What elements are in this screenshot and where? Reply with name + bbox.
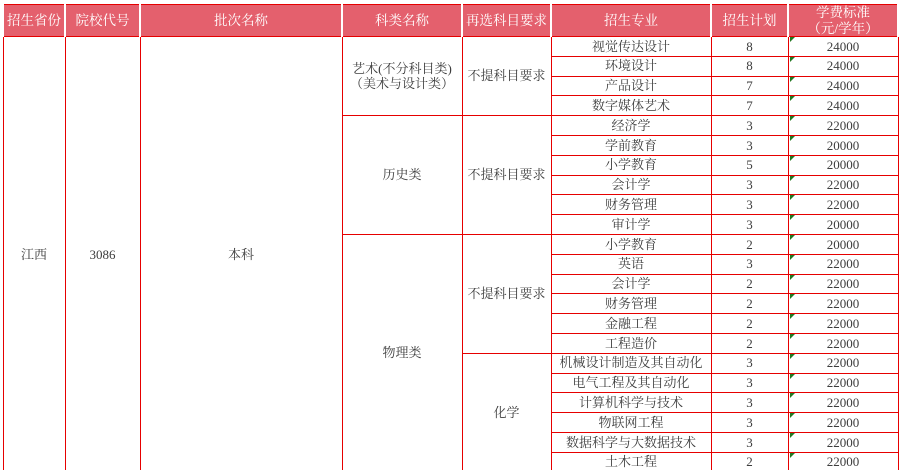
cell-requirement-art: 不提科目要求 <box>462 37 551 116</box>
cell-tuition: 24000 <box>788 96 898 116</box>
excel-flag-icon <box>790 334 795 339</box>
cell-category-physics: 物理类 <box>342 235 462 470</box>
tuition-value: 20000 <box>827 217 860 232</box>
tuition-value: 24000 <box>827 78 860 93</box>
tuition-value: 22000 <box>827 415 860 430</box>
cell-tuition: 22000 <box>788 294 898 314</box>
cell-plan: 8 <box>711 56 788 76</box>
tuition-value: 20000 <box>827 237 860 252</box>
cell-tuition: 20000 <box>788 235 898 255</box>
cell-plan: 2 <box>711 452 788 470</box>
excel-flag-icon <box>790 433 795 438</box>
cell-tuition: 22000 <box>788 353 898 373</box>
tuition-value: 22000 <box>827 435 860 450</box>
excel-flag-icon <box>790 374 795 379</box>
cell-plan: 7 <box>711 96 788 116</box>
cell-major: 视觉传达设计 <box>551 37 711 57</box>
cell-tuition: 20000 <box>788 215 898 235</box>
excel-flag-icon <box>790 136 795 141</box>
table-row: 江西 3086 本科 艺术(不分科目类) （美术与设计类） 不提科目要求 视觉传… <box>3 37 898 57</box>
cell-plan: 2 <box>711 333 788 353</box>
cell-plan: 2 <box>711 294 788 314</box>
cell-major: 审计学 <box>551 215 711 235</box>
cell-plan: 8 <box>711 37 788 57</box>
cell-plan: 3 <box>711 373 788 393</box>
cell-major: 财务管理 <box>551 195 711 215</box>
cell-plan: 3 <box>711 413 788 433</box>
cell-tuition: 24000 <box>788 76 898 96</box>
cell-tuition: 22000 <box>788 254 898 274</box>
col-header-tuition: 学费标准 （元/学年） <box>788 5 898 37</box>
cell-tuition: 22000 <box>788 116 898 136</box>
cell-category-art: 艺术(不分科目类) （美术与设计类） <box>342 37 462 116</box>
excel-flag-icon <box>790 453 795 458</box>
excel-flag-icon <box>790 255 795 260</box>
cell-major: 金融工程 <box>551 314 711 334</box>
cell-major: 工程造价 <box>551 333 711 353</box>
excel-flag-icon <box>790 156 795 161</box>
excel-flag-icon <box>790 77 795 82</box>
cell-category-history: 历史类 <box>342 116 462 235</box>
cell-plan: 3 <box>711 353 788 373</box>
cell-tuition: 24000 <box>788 37 898 57</box>
cell-plan: 3 <box>711 432 788 452</box>
tuition-value: 24000 <box>827 98 860 113</box>
cell-plan: 3 <box>711 175 788 195</box>
cell-major: 英语 <box>551 254 711 274</box>
tuition-value: 20000 <box>827 138 860 153</box>
cell-plan: 2 <box>711 235 788 255</box>
tuition-value: 22000 <box>827 355 860 370</box>
cell-plan: 3 <box>711 195 788 215</box>
tuition-value: 22000 <box>827 276 860 291</box>
cell-requirement-chemistry: 化学 <box>462 353 551 470</box>
cell-major: 财务管理 <box>551 294 711 314</box>
cell-requirement-history: 不提科目要求 <box>462 116 551 235</box>
tuition-value: 20000 <box>827 157 860 172</box>
tuition-value: 22000 <box>827 375 860 390</box>
tuition-value: 22000 <box>827 177 860 192</box>
excel-flag-icon <box>790 314 795 319</box>
enrollment-plan-table: 招生省份 院校代号 批次名称 科类名称 再选科目要求 招生专业 招生计划 学费标… <box>2 4 899 470</box>
excel-flag-icon <box>790 215 795 220</box>
cell-plan: 3 <box>711 136 788 156</box>
tuition-value: 22000 <box>827 118 860 133</box>
cell-province: 江西 <box>3 37 65 470</box>
cell-tuition: 24000 <box>788 56 898 76</box>
cell-plan: 3 <box>711 116 788 136</box>
cell-tuition: 22000 <box>788 314 898 334</box>
cell-tuition: 20000 <box>788 136 898 156</box>
cell-major: 学前教育 <box>551 136 711 156</box>
tuition-value: 22000 <box>827 454 860 469</box>
col-header-batch: 批次名称 <box>140 5 342 37</box>
cell-plan: 7 <box>711 76 788 96</box>
excel-flag-icon <box>790 413 795 418</box>
tuition-value: 22000 <box>827 395 860 410</box>
cell-requirement-physics-none: 不提科目要求 <box>462 235 551 354</box>
cell-major: 数字媒体艺术 <box>551 96 711 116</box>
cell-major: 小学教育 <box>551 235 711 255</box>
cell-major: 计算机科学与技术 <box>551 393 711 413</box>
tuition-value: 22000 <box>827 296 860 311</box>
cell-major: 会计学 <box>551 175 711 195</box>
cell-tuition: 22000 <box>788 333 898 353</box>
cell-tuition: 20000 <box>788 155 898 175</box>
cell-tuition: 22000 <box>788 393 898 413</box>
cell-major: 经济学 <box>551 116 711 136</box>
cell-tuition: 22000 <box>788 432 898 452</box>
cell-plan: 3 <box>711 215 788 235</box>
cell-plan: 3 <box>711 393 788 413</box>
col-header-plan: 招生计划 <box>711 5 788 37</box>
cell-tuition: 22000 <box>788 413 898 433</box>
cell-tuition: 22000 <box>788 452 898 470</box>
tuition-value: 22000 <box>827 336 860 351</box>
cell-major: 数据科学与大数据技术 <box>551 432 711 452</box>
tuition-value: 24000 <box>827 39 860 54</box>
excel-flag-icon <box>790 393 795 398</box>
cell-major: 小学教育 <box>551 155 711 175</box>
excel-flag-icon <box>790 235 795 240</box>
excel-flag-icon <box>790 57 795 62</box>
excel-flag-icon <box>790 116 795 121</box>
cell-major: 会计学 <box>551 274 711 294</box>
tuition-value: 22000 <box>827 197 860 212</box>
col-header-school-code: 院校代号 <box>65 5 140 37</box>
cell-tuition: 22000 <box>788 175 898 195</box>
cell-plan: 2 <box>711 314 788 334</box>
tuition-value: 24000 <box>827 58 860 73</box>
cell-major: 机械设计制造及其自动化 <box>551 353 711 373</box>
cell-major: 电气工程及其自动化 <box>551 373 711 393</box>
table-header-row: 招生省份 院校代号 批次名称 科类名称 再选科目要求 招生专业 招生计划 学费标… <box>3 5 898 37</box>
cell-major: 产品设计 <box>551 76 711 96</box>
cell-plan: 5 <box>711 155 788 175</box>
cell-batch: 本科 <box>140 37 342 470</box>
excel-flag-icon <box>790 176 795 181</box>
cell-major: 环境设计 <box>551 56 711 76</box>
excel-flag-icon <box>790 354 795 359</box>
cell-tuition: 22000 <box>788 195 898 215</box>
excel-flag-icon <box>790 37 795 42</box>
cell-tuition: 22000 <box>788 373 898 393</box>
excel-flag-icon <box>790 275 795 280</box>
cell-major: 土木工程 <box>551 452 711 470</box>
tuition-value: 22000 <box>827 316 860 331</box>
col-header-subject-requirement: 再选科目要求 <box>462 5 551 37</box>
cell-plan: 2 <box>711 274 788 294</box>
cell-tuition: 22000 <box>788 274 898 294</box>
col-header-category: 科类名称 <box>342 5 462 37</box>
cell-school-code: 3086 <box>65 37 140 470</box>
cell-major: 物联网工程 <box>551 413 711 433</box>
excel-flag-icon <box>790 96 795 101</box>
excel-flag-icon <box>790 195 795 200</box>
col-header-major: 招生专业 <box>551 5 711 37</box>
cell-plan: 3 <box>711 254 788 274</box>
excel-flag-icon <box>790 294 795 299</box>
tuition-value: 22000 <box>827 256 860 271</box>
col-header-province: 招生省份 <box>3 5 65 37</box>
